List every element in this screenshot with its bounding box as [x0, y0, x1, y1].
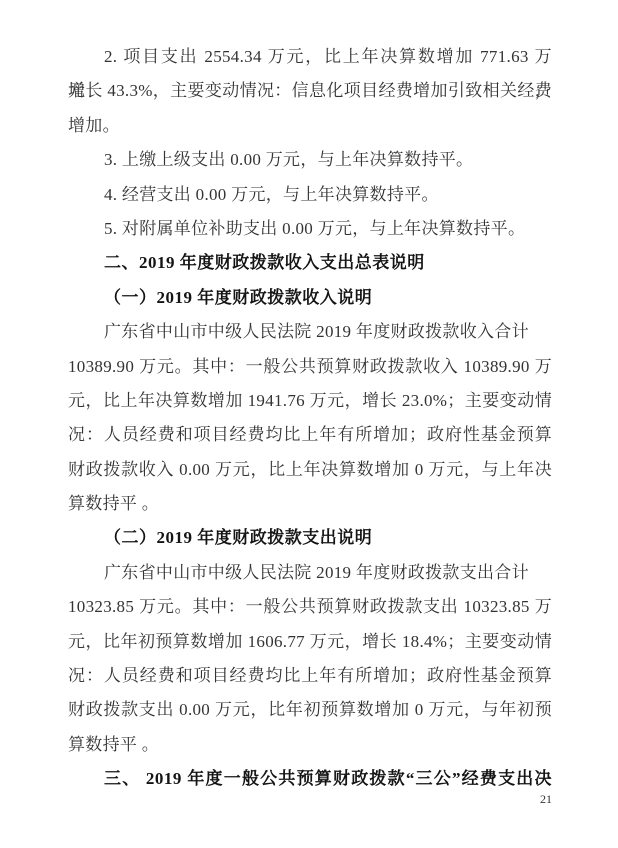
text-line: 广东省中山市中级人民法院 2019 年度财政拨款支出合计 — [68, 556, 552, 590]
text-line: 广东省中山市中级人民法院 2019 年度财政拨款收入合计 — [68, 315, 552, 349]
text-line: 况：人员经费和项目经费均比上年有所增加；政府性基金预算 — [68, 659, 552, 693]
text-line: 元，比上年决算数增加 1941.76 万元，增长 23.0%；主要变动情 — [68, 384, 552, 418]
text-line: 财政拨款支出 0.00 万元，比年初预算数增加 0 万元，与年初预 — [68, 693, 552, 727]
heading-line: （二）2019 年度财政拨款支出说明 — [68, 521, 552, 555]
text-line: 元，比年初预算数增加 1606.77 万元，增长 18.4%；主要变动情 — [68, 625, 552, 659]
page-number: 21 — [540, 792, 552, 806]
text-line: 增加。 — [68, 109, 552, 143]
document-body: 2. 项目支出 2554.34 万元，比上年决算数增加 771.63 万元，增长… — [68, 40, 552, 797]
heading-line: （一）2019 年度财政拨款收入说明 — [68, 281, 552, 315]
text-line: 算数持平 。 — [68, 487, 552, 521]
text-line: 10323.85 万元。其中：一般公共预算财政拨款支出 10323.85 万 — [68, 590, 552, 624]
text-line: 财政拨款收入 0.00 万元，比上年决算数增加 0 万元，与上年决 — [68, 453, 552, 487]
text-line: 增长 43.3%，主要变动情况：信息化项目经费增加引致相关经费 — [68, 74, 552, 108]
text-line: 10389.90 万元。其中：一般公共预算财政拨款收入 10389.90 万 — [68, 350, 552, 384]
text-line: 2. 项目支出 2554.34 万元，比上年决算数增加 771.63 万元， — [68, 40, 552, 74]
heading-line: 二、2019 年度财政拨款收入支出总表说明 — [68, 246, 552, 280]
heading-line: 三、 2019 年度一般公共预算财政拨款“三公”经费支出决 — [68, 762, 552, 796]
document-page: 2. 项目支出 2554.34 万元，比上年决算数增加 771.63 万元，增长… — [0, 0, 618, 848]
text-line: 况：人员经费和项目经费均比上年有所增加；政府性基金预算 — [68, 418, 552, 452]
text-line: 5. 对附属单位补助支出 0.00 万元，与上年决算数持平。 — [68, 212, 552, 246]
text-line: 3. 上缴上级支出 0.00 万元，与上年决算数持平。 — [68, 143, 552, 177]
text-line: 算数持平 。 — [68, 728, 552, 762]
text-line: 4. 经营支出 0.00 万元，与上年决算数持平。 — [68, 178, 552, 212]
